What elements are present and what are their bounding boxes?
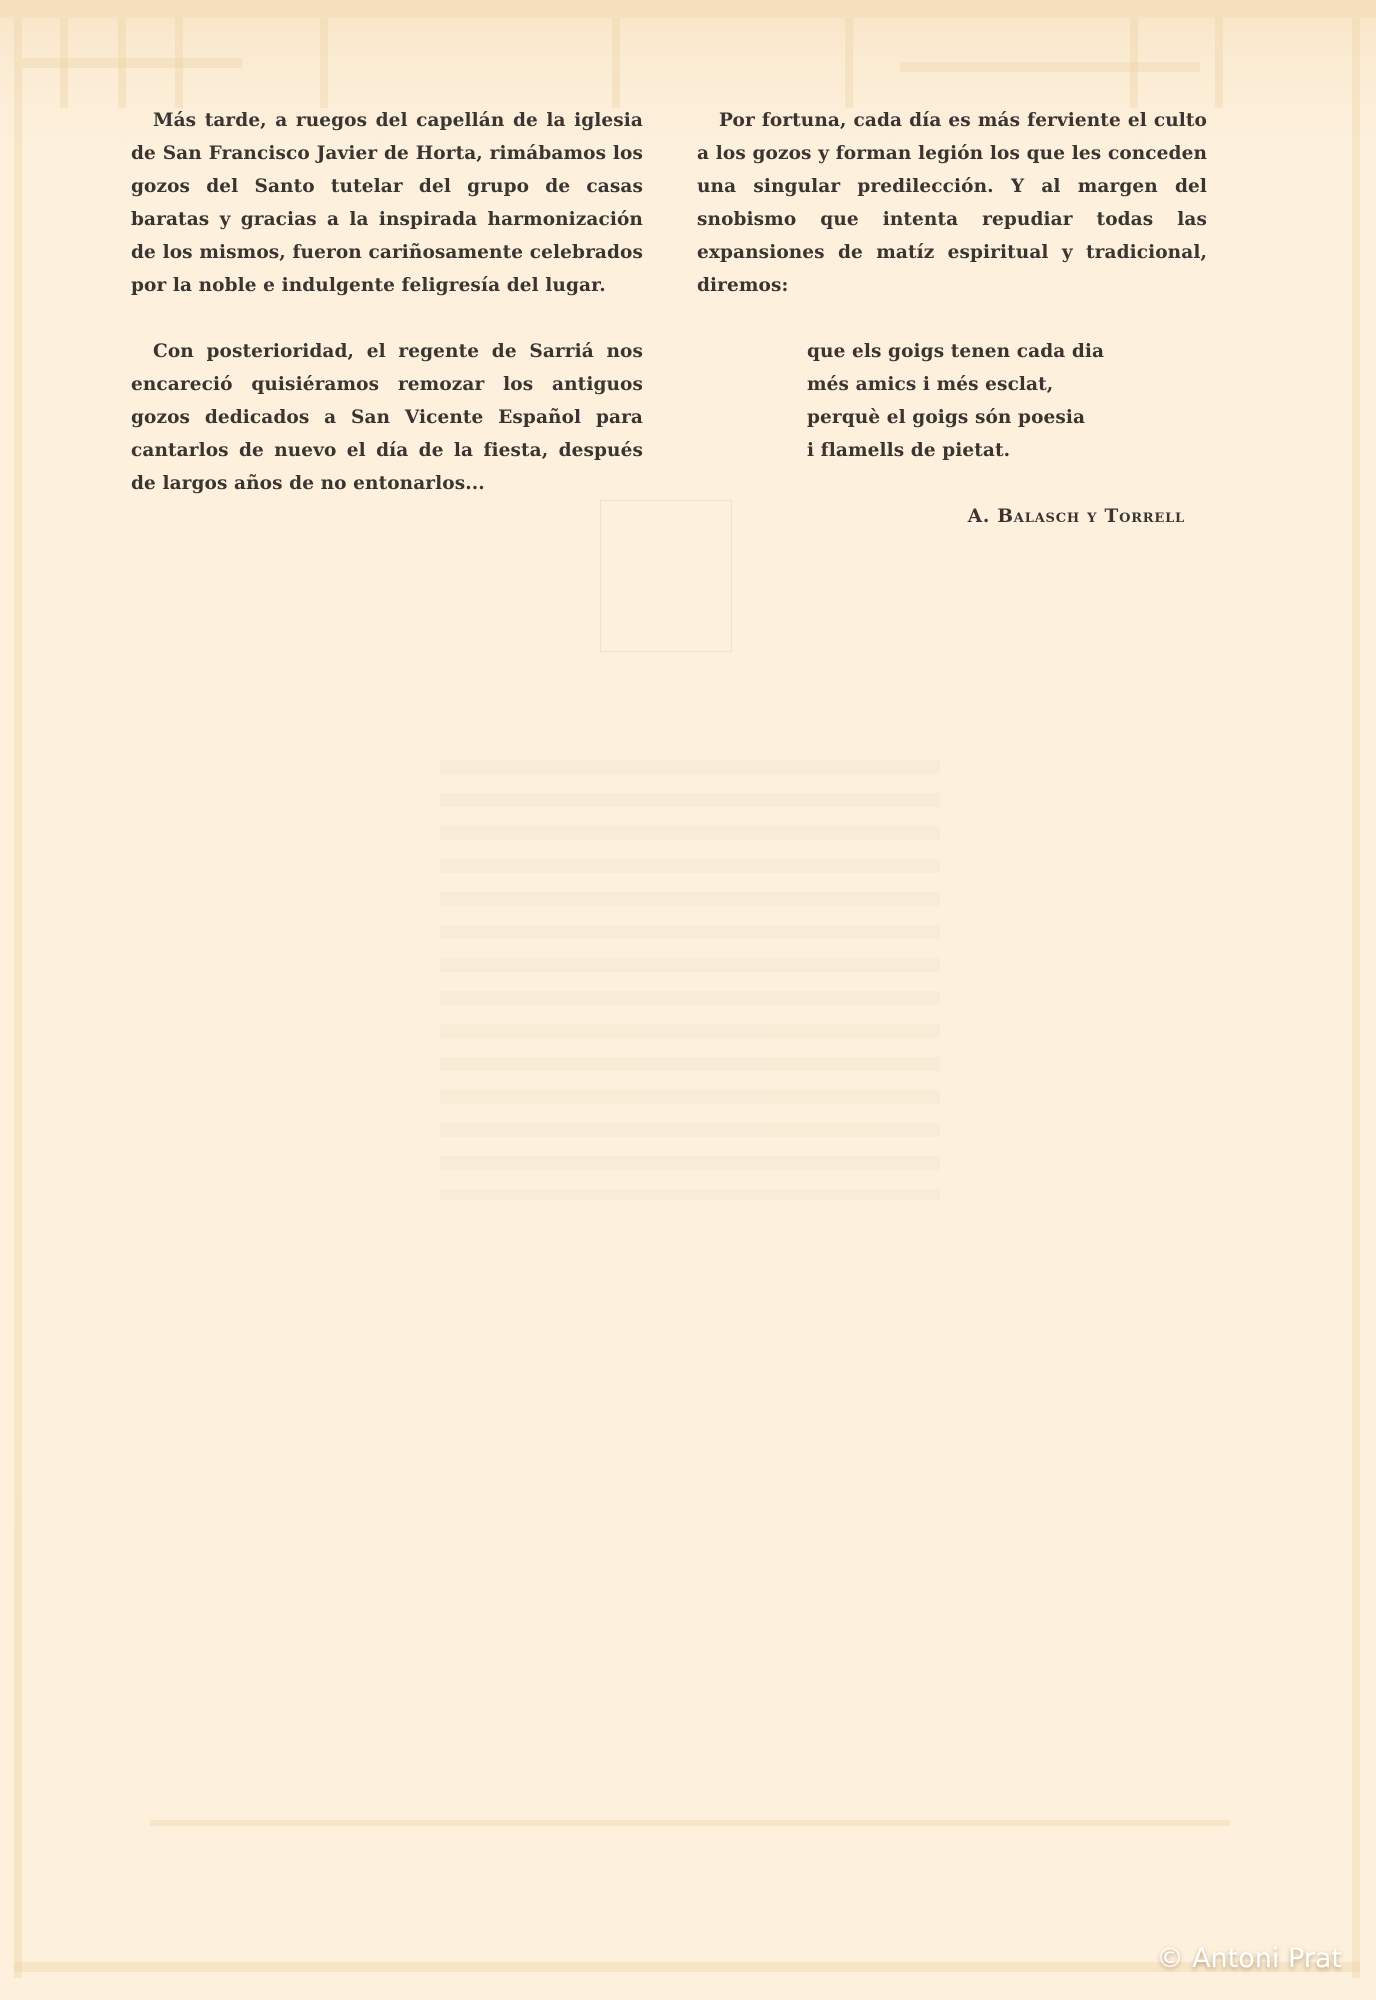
verse-line: perquè el goigs són poesia — [807, 401, 1207, 434]
verse-line: i flamells de pietat. — [807, 434, 1207, 467]
show-through-rule-mid-2 — [900, 62, 1200, 72]
copyright-watermark: © Antoni Prat — [1156, 1943, 1342, 1974]
paragraph-fortuna: Por fortuna, cada día es más ferviente e… — [697, 104, 1207, 302]
verse-quote: que els goigs tenen cada dia més amics i… — [807, 335, 1207, 467]
show-through-bar-6 — [845, 18, 853, 108]
verse-line: més amics i més esclat, — [807, 368, 1207, 401]
show-through-rule-mid — [22, 58, 242, 68]
show-through-band-top — [0, 0, 1376, 18]
paragraph-sarria-gozos: Con posterioridad, el regente de Sarriá … — [131, 335, 643, 500]
author-signature: A. Balasch y Torrell — [697, 500, 1207, 533]
right-column: Por fortuna, cada día es más ferviente e… — [697, 104, 1207, 533]
show-through-bar-4 — [320, 18, 328, 108]
left-column: Más tarde, a ruegos del capellán de la i… — [131, 104, 643, 500]
show-through-bar-8 — [1215, 18, 1223, 108]
show-through-frame-inner-left — [150, 1820, 1230, 1826]
show-through-text-block — [440, 760, 940, 1200]
verse-line: que els goigs tenen cada dia — [807, 335, 1207, 368]
show-through-frame-right — [1352, 18, 1360, 1978]
show-through-bar-5 — [612, 18, 620, 108]
show-through-frame-left — [14, 18, 22, 1978]
paragraph-horta-gozos: Más tarde, a ruegos del capellán de la i… — [131, 104, 643, 302]
